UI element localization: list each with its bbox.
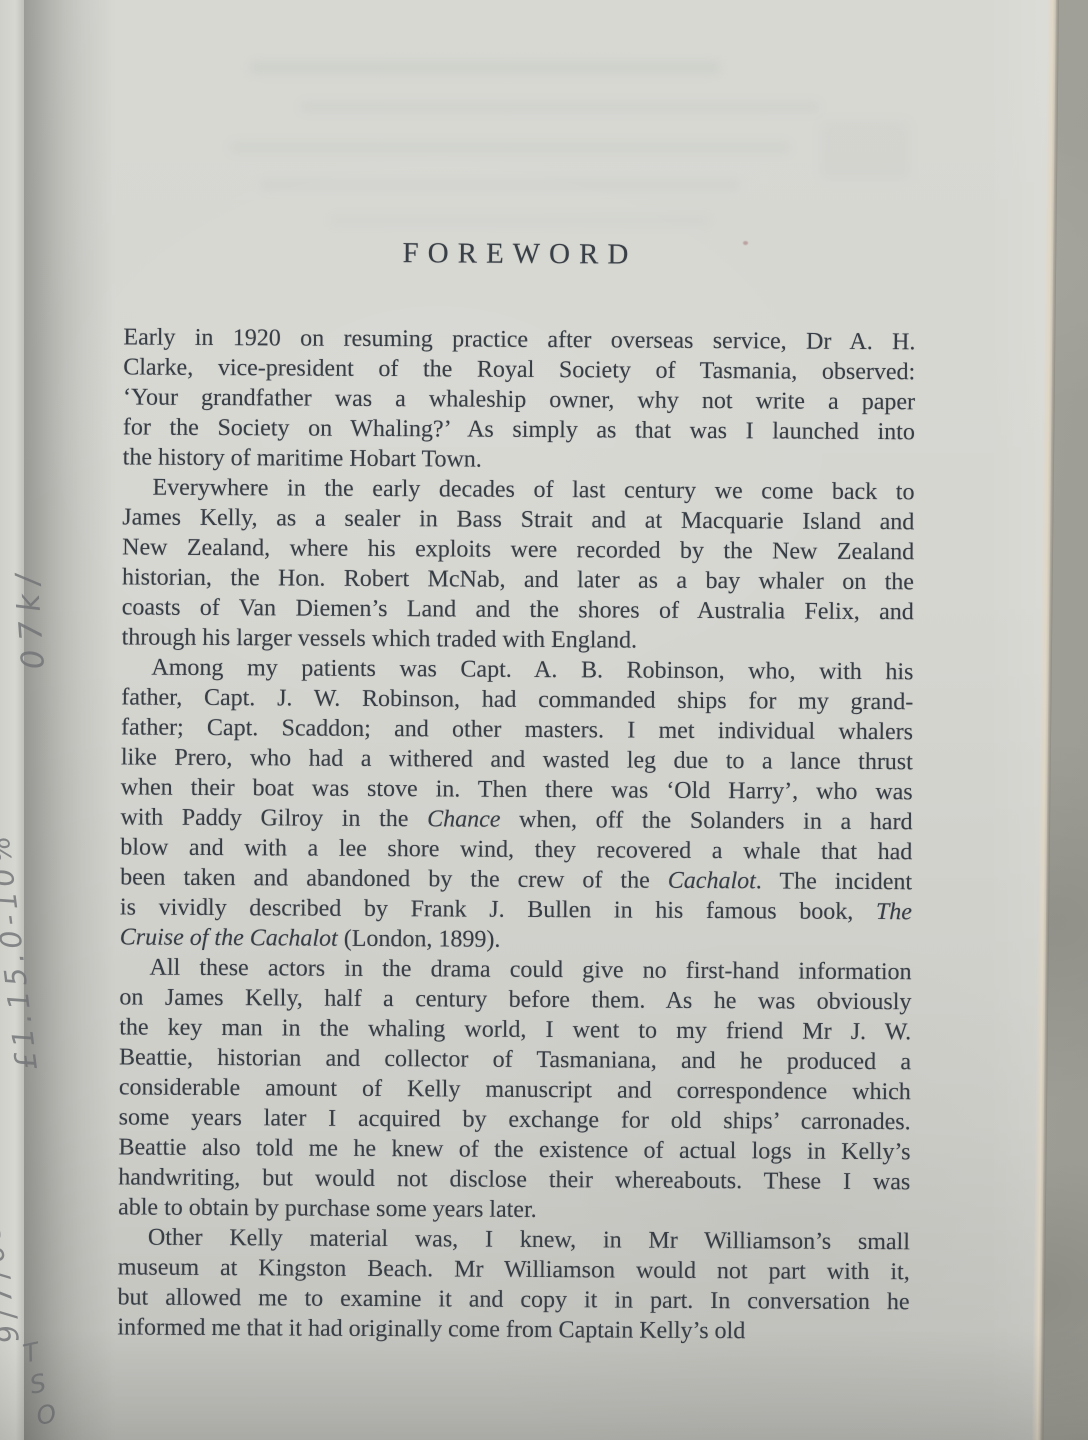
text-line: Beattie, historian and collector of Tasm… [119, 1042, 911, 1077]
text-line: museum at Kingston Beach. Mr Williamson … [118, 1252, 910, 1287]
text-line: handwriting, but would not disclose thei… [118, 1162, 910, 1197]
paragraph: Early in 1920 on resuming practice after… [123, 322, 916, 477]
text-line: the history of maritime Hobart Town. [123, 442, 915, 477]
page-title: FOREWORD [124, 235, 916, 273]
text-line: able to obtain by purchase some years la… [118, 1192, 910, 1227]
spine-shadow [0, 1330, 1088, 1440]
body-text: Early in 1920 on resuming practice after… [117, 322, 915, 1347]
text-line: New Zealand, where his exploits were rec… [122, 532, 914, 567]
pencil-code-annotation: 07k/ [9, 564, 52, 670]
text-line: coasts of Van Diemen’s Land and the shor… [122, 592, 914, 627]
text-line: Among my patients was Capt. A. B. Robins… [121, 652, 913, 687]
text-line: Everywhere in the early decades of last … [122, 472, 914, 507]
text-line: with Paddy Gilroy in the Chance when, of… [120, 802, 912, 837]
text-line: father; Capt. Scaddon; and other masters… [121, 712, 913, 747]
text-line: for the Society on Whaling?’ As simply a… [123, 412, 915, 447]
text-line: James Kelly, as a sealer in Bass Strait … [122, 502, 914, 537]
text-line: considerable amount of Kelly manuscript … [119, 1072, 911, 1107]
text-line: Clarke, vice-president of the Royal Soci… [123, 352, 915, 387]
paragraph: Everywhere in the early decades of last … [122, 472, 915, 657]
text-line: Cruise of the Cachalot (London, 1899). [120, 922, 912, 957]
text-line: ‘Your grandfather was a whaleship owner,… [123, 382, 915, 417]
text-line: father, Capt. J. W. Robinson, had comman… [121, 682, 913, 717]
text-line: some years later I acquired by exchange … [119, 1102, 911, 1137]
printed-content: FOREWORD Early in 1920 on resuming pract… [0, 0, 1088, 1440]
text-line: is vividly described by Frank J. Bullen … [120, 892, 912, 927]
text-line: historian, the Hon. Robert McNab, and la… [122, 562, 914, 597]
paragraph: Other Kelly material was, I knew, in Mr … [117, 1222, 910, 1347]
book-photo: FOREWORD Early in 1920 on resuming pract… [0, 0, 1088, 1440]
text-line: the key man in the whaling world, I went… [119, 1012, 911, 1047]
text-line: Other Kelly material was, I knew, in Mr … [118, 1222, 910, 1257]
paragraph: All these actors in the drama could give… [118, 952, 912, 1227]
text-line: through his larger vessels which traded … [122, 622, 914, 657]
text-line: been taken and abandoned by the crew of … [120, 862, 912, 897]
text-line: when their boat was stove in. Then there… [121, 772, 913, 807]
text-line: Early in 1920 on resuming practice after… [123, 322, 915, 357]
text-line: like Prero, who had a withered and waste… [121, 742, 913, 777]
text-line: All these actors in the drama could give… [120, 952, 912, 987]
text-line: Beattie also told me he knew of the exis… [118, 1132, 910, 1167]
text-line: blow and with a lee shore wind, they rec… [120, 832, 912, 867]
text-line: on James Kelly, half a century before th… [119, 982, 911, 1017]
text-line: but allowed me to examine it and copy it… [117, 1282, 909, 1317]
paragraph: Among my patients was Capt. A. B. Robins… [120, 652, 914, 957]
